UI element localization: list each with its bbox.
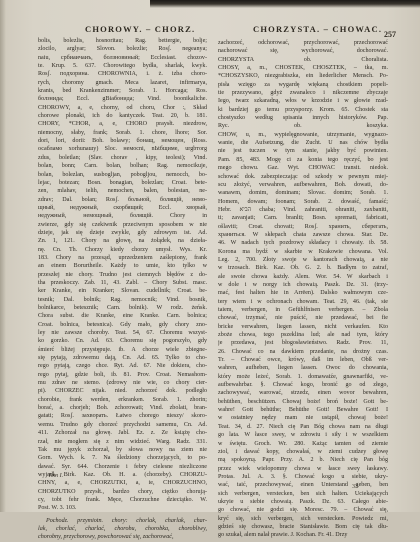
page-gutter-edge (0, 0, 6, 512)
text-line: CHORZUTKO przysłt., bardzo chory, ciężko… (38, 488, 207, 496)
text-line: храниться. W skłepach chata zawsze chowa… (218, 231, 388, 239)
text-line: wanawm, domim, dominam; Slovac. domim; S… (218, 189, 388, 197)
text-line: śmierć bliżej przystępuje. ib. A chorze … (38, 346, 207, 354)
text-line: zlocilo, arglyar; Slovon. bolezlie; Rosʃ… (38, 45, 207, 53)
text-line: ko gorzko. Cn. Ad. 63. Choremu się pogor… (38, 337, 207, 345)
text-line: Tak mu język zchorzał, by słowa nowy na … (38, 446, 207, 454)
text-line: wahre! Gott behüthe; Behüthe Gott! Bewah… (218, 406, 388, 414)
text-line: Chora subst. die Kranke, eine Kranke. Ca… (38, 312, 207, 320)
text-line: Protas. Jul. A. 3. §. Chować kogo u sieb… (218, 473, 388, 481)
text-line: bricke verwahren, liegen lassen, nicht v… (218, 323, 388, 331)
page-number: 257 (384, 30, 396, 39)
text-line: pisła wzięgo za wygardę więkaną chostkie… (218, 81, 388, 89)
text-line: ukryie u siebie chowaią. Paszk. Dz. 63. … (218, 498, 388, 506)
text-line: bolan, bonn; Carn. bolan, bolhan; Rag. n… (38, 162, 207, 170)
text-line: Iego, twarz szkaradną, włos w krzodzie i… (218, 97, 388, 105)
right-column: zachorzeć, odchorować, przychorować, prz… (218, 39, 388, 512)
text-line: Post. W. 3. 103. (38, 504, 207, 512)
text-line: się pytają, zdrowemu dają, Cn. Ad. 65. T… (38, 354, 207, 362)
text-line: kranis, bed Krankenzimmer; Sorab. 1. Hor… (38, 87, 207, 95)
text-line: Leg. 2, 700. Złoty swoje w kantorach cho… (218, 256, 388, 264)
text-line: mać, fest halten hie in Arrëen). Dalsko … (218, 289, 388, 297)
text-line: scu złożyć, verwahren, aufbewahren, Boh.… (218, 181, 388, 189)
text-line: rego pytaj, gdzie boli, ib. 81. Prov. Cr… (38, 371, 207, 379)
text-line: wać, taić, przechowywać, einen Unterstan… (218, 481, 388, 489)
text-line: bolnikarce, betesznik; Carn. bolnik). W … (38, 304, 207, 312)
text-line: осаблaмo xorhunaшy) Sloc. нeмоcni, nЬtбщ… (38, 145, 207, 153)
text-line: przeszłej nie chory. Trudno jest ciemnyc… (38, 271, 207, 279)
text-line: bolis, bolezlis, hosnoritau; Rag. better… (38, 37, 207, 45)
text-line: w ostatniey nędzy mam nie ustąpił, chowa… (218, 414, 388, 422)
text-line: Teat. 34, d. 27. Niech cię Pan Bóg chowa… (218, 423, 388, 431)
text-line: te. Krup. 5. 637. Chorowitego bydła, sha… (38, 62, 207, 70)
scan-top-shadow (150, 0, 420, 8)
text-line: wemu. Trudno gdy chorzeć przychodzi same… (38, 421, 207, 429)
text-line: schować dok. zabezpieczając od szkody w … (218, 173, 388, 181)
text-line: dori, lori, dorii: Boh. bolawy; бонащ, н… (38, 137, 207, 145)
text-line: Rosʃ. подхорина. CHOROWNIA, i. ż. izba c… (38, 70, 207, 78)
text-line: tesnik; Dal. bolnik; Rag. nemocnik; Vind… (38, 296, 207, 304)
text-line: rego pytają, czego chce. Ryt. Ad. 67. Ni… (38, 362, 207, 370)
text-line: Hebr. הביא chaba; Vind. zahraniti, ohran… (218, 206, 388, 214)
text-line: rych, choromy gmach. Meca lazaret, infir… (38, 79, 207, 87)
left-column: bolis, bolezlis, hosnoritau; Rag. better… (38, 37, 207, 512)
text-line: 46. W nadach tych pozdrowy składacy i ch… (218, 239, 388, 247)
text-line: naiu, србиаичаиъ, болзновиный; Ecclesias… (38, 54, 207, 62)
text-line: zdrav; Dal. bolan; Rosʃ. больной, болящi… (38, 196, 207, 204)
text-line: mu zdrav ne stemo. (zdrowy nie wie, co c… (38, 379, 207, 387)
text-line: dzieje, jak się dzieje zwykle, gdy zdrow… (38, 229, 207, 237)
text-line: aufbewahrbar. §. Chować kogo, bronić go … (218, 381, 388, 389)
text-line: mą spokoyną. Papr. Przy. A. 2 b. Niech c… (218, 456, 388, 464)
text-line: tha przeskoczy. Zab. 11, 43. Zabl. – Cho… (38, 279, 207, 287)
text-line: behüthen, beschützen. Chowaj boże! broń … (218, 398, 388, 406)
text-line: wahren, aufheben, liegen lassen. Owoc do… (218, 364, 388, 372)
text-line: недужный, немощный, болящiй. Chory in (38, 212, 207, 220)
text-line: Korona ma bydź w skarbie w Krakowie chow… (218, 248, 388, 256)
text-line: który może leżeć, Sorab. 1. domawaiźe, g… (218, 373, 388, 381)
text-line: zen, mlahav, ielih, nemochen, balen, bol… (38, 187, 207, 195)
text-line: ker Kranke, ein Kranker; Slovan. cudelln… (38, 287, 207, 295)
text-line: zboże chowa, tego pszeklina lud; ale nad… (218, 331, 388, 339)
text-line: w świętu. Groch. Wr. 280. Każąc tamten o… (218, 440, 388, 448)
text-line: w dole i w norgy ich chowaią. Paszk. Dz.… (218, 281, 388, 289)
text-line: *CHOSZYSKO, niezgrabiszka, ein liederlic… (218, 72, 388, 80)
text-line: wanie, die Aufsetzung, die Zucht. U nas … (218, 139, 388, 147)
text-line: Gorn. Wych. k. 7. Na śledziony chorzejąc… (38, 454, 207, 462)
text-line: chować, trzymać, nie puścić, nie przedaw… (218, 314, 388, 322)
text-line: zwierze, gdy się czekiwnik przeciwnym sp… (38, 221, 207, 229)
text-line: lejac, botezan; Bosn. bonagian, bolezlan… (38, 179, 207, 187)
text-line: щный, недужный, скорбящий; Eccl. хворый, (38, 204, 207, 212)
text-line: gatati; Rosʃ. захворать. Łatwo chorego n… (38, 412, 207, 420)
text-line: wyjadł. Birk. Kaz. Ob. H. a. (chorzeby).… (38, 471, 207, 479)
text-line: болзнида; Eccl. gBiaбонида; Vind. boonik… (38, 95, 207, 103)
text-line: ti; zavanjati; Carn. branlti; Bosn. spre… (218, 214, 388, 222)
text-line: an einem Borurtheile. Każdy to umie, kto… (38, 262, 207, 270)
running-header-right: CHORZYSTA. – CHOWAC. (253, 24, 382, 36)
text-line: mego chowu. Gaz. Wyt. CHOWAC transit. ni… (218, 164, 388, 172)
text-line: niemocny, słaby, frank; Sorab. 1. chore,… (38, 129, 207, 137)
text-line: CHOW, u, m., wypielęgnowanie, utrzymanie… (218, 131, 388, 139)
text-line: chorobie, frank werden, erkranken. Sorab… (38, 396, 207, 404)
text-line: 26. Chować co na dawkiem przedanie, na d… (218, 348, 388, 356)
text-line: borać, a. chorjeh; Boh. zchorowati; Vind… (38, 404, 207, 412)
text-line: go lata. W łasce swey, w zdrowiu i siły … (218, 431, 388, 439)
text-line: zdus, boletlan; (Slav. chorav , kipy, te… (38, 154, 207, 162)
text-line: Ryc. ob. koszyka. (218, 122, 388, 130)
text-line: przez wiek wielopomny chowa w łasce swey… (218, 465, 388, 473)
text-line: 183. Chory na przesąd, uprzedzeniem zaśl… (38, 254, 207, 262)
text-line: ki bardziej go temu przysporzy. Krom. 65… (218, 106, 388, 114)
text-line: w trzosach. Birk. Kaz. Ob. G. 2. b. Badł… (218, 264, 388, 272)
text-line: Zn. 1, 121. Chory na głowę, na żołądek, … (38, 237, 207, 245)
text-line: Tr. – Chować owce, krówy, daß im leben, … (218, 356, 388, 364)
dictionary-page: CHOROWY. – CHORZ. CHORZYSTA. – CHOWAC. 2… (0, 0, 420, 512)
text-line: cy, tobt fehr frank. Męce, Chorzuchne dz… (38, 496, 207, 504)
text-line: nachorować się, wychorować, dochorować. (218, 47, 388, 55)
text-line: ošlaviti; Croat. chovati; Rosʃ. хранить,… (218, 223, 388, 231)
text-line: ale swoie chowa każdy. Alem. Wor. 54. W … (218, 273, 388, 281)
text-line: sich verbergen, verstecken, ben sich hal… (218, 490, 388, 498)
text-line: go chować, nie godzi się. Moresc. 79. – … (218, 506, 388, 512)
text-line: rzał, nie mogłem się z nim widzieć. Warg… (38, 438, 207, 446)
text-line: bolan, bolezlan, susbogljan, pobogljou, … (38, 171, 207, 179)
text-line: Pam. 85, 483. Mogę ci za konia tego ręcz… (218, 156, 388, 164)
text-line: Homem, dowam; foonam; Sorab. 2. dowaść, … (218, 198, 388, 206)
running-header-left: CHOROWY. – CHORZ. (85, 24, 195, 36)
printer-signature: 33 (352, 484, 358, 490)
text-line: CHOSY, a, m., CHOSTEK, CHOSZTEK, – tka, … (218, 64, 388, 72)
text-line: tery wiem i w ochronach chowam. Teat. 29… (218, 298, 388, 306)
text-line: zachowywać, warować, strzedz, einen wovo… (218, 389, 388, 397)
text-line: chorowe plonaki, ich do kantyczek. Teat.… (38, 112, 207, 120)
text-line: ziol, i dawać kopy, chowałaś, w ziemi cu… (218, 448, 388, 456)
text-line: nie jest tuczen w tym stanie, jakby być … (218, 147, 388, 155)
volume-mark: Tom I. (48, 473, 63, 479)
text-line: zachorzeć, odchorować, przychorować, prz… (218, 39, 388, 47)
text-line: chostyszko według spisania innych histor… (218, 114, 388, 122)
text-line: CHORZYSTA ob. Choralista. (218, 56, 388, 64)
text-line: pi). CHORZEC nijak. nied. zchorzeć dok. … (38, 387, 207, 395)
text-line: dawać. Syr. 644. Chorzenie i febry ciele… (38, 463, 207, 471)
text-line: ley nie zawsze choroby. Teat. 54, 67. Ch… (38, 329, 207, 337)
text-line: tie przezywano, gdyż zwanaleco i nikczem… (218, 89, 388, 97)
text-line: CHORY, *CHOR, a, e, CHORO praysłt. niezd… (38, 120, 207, 128)
text-line: 411. Zchorzał na głowę. Jabl. Ez. z. Ze … (38, 429, 207, 437)
text-line: taiem, verbergen, in Gefühlfnisen verber… (218, 306, 388, 314)
text-line: je przedawa, jest błogosławieństwo. Radz… (218, 339, 388, 347)
text-line: Croat. bolnica, betesnica). Gdy mało, gd… (38, 321, 207, 329)
text-line: nę. Cn. Th. Chorzy kiedy chorzy umysł. W… (38, 246, 207, 254)
text-line: CHOROWY, a, e, chorny, od choru, Chor :,… (38, 104, 207, 112)
text-line: CHNY, a, e, CHORZUTKI, a, ie, CHORZUCHNO… (38, 479, 207, 487)
